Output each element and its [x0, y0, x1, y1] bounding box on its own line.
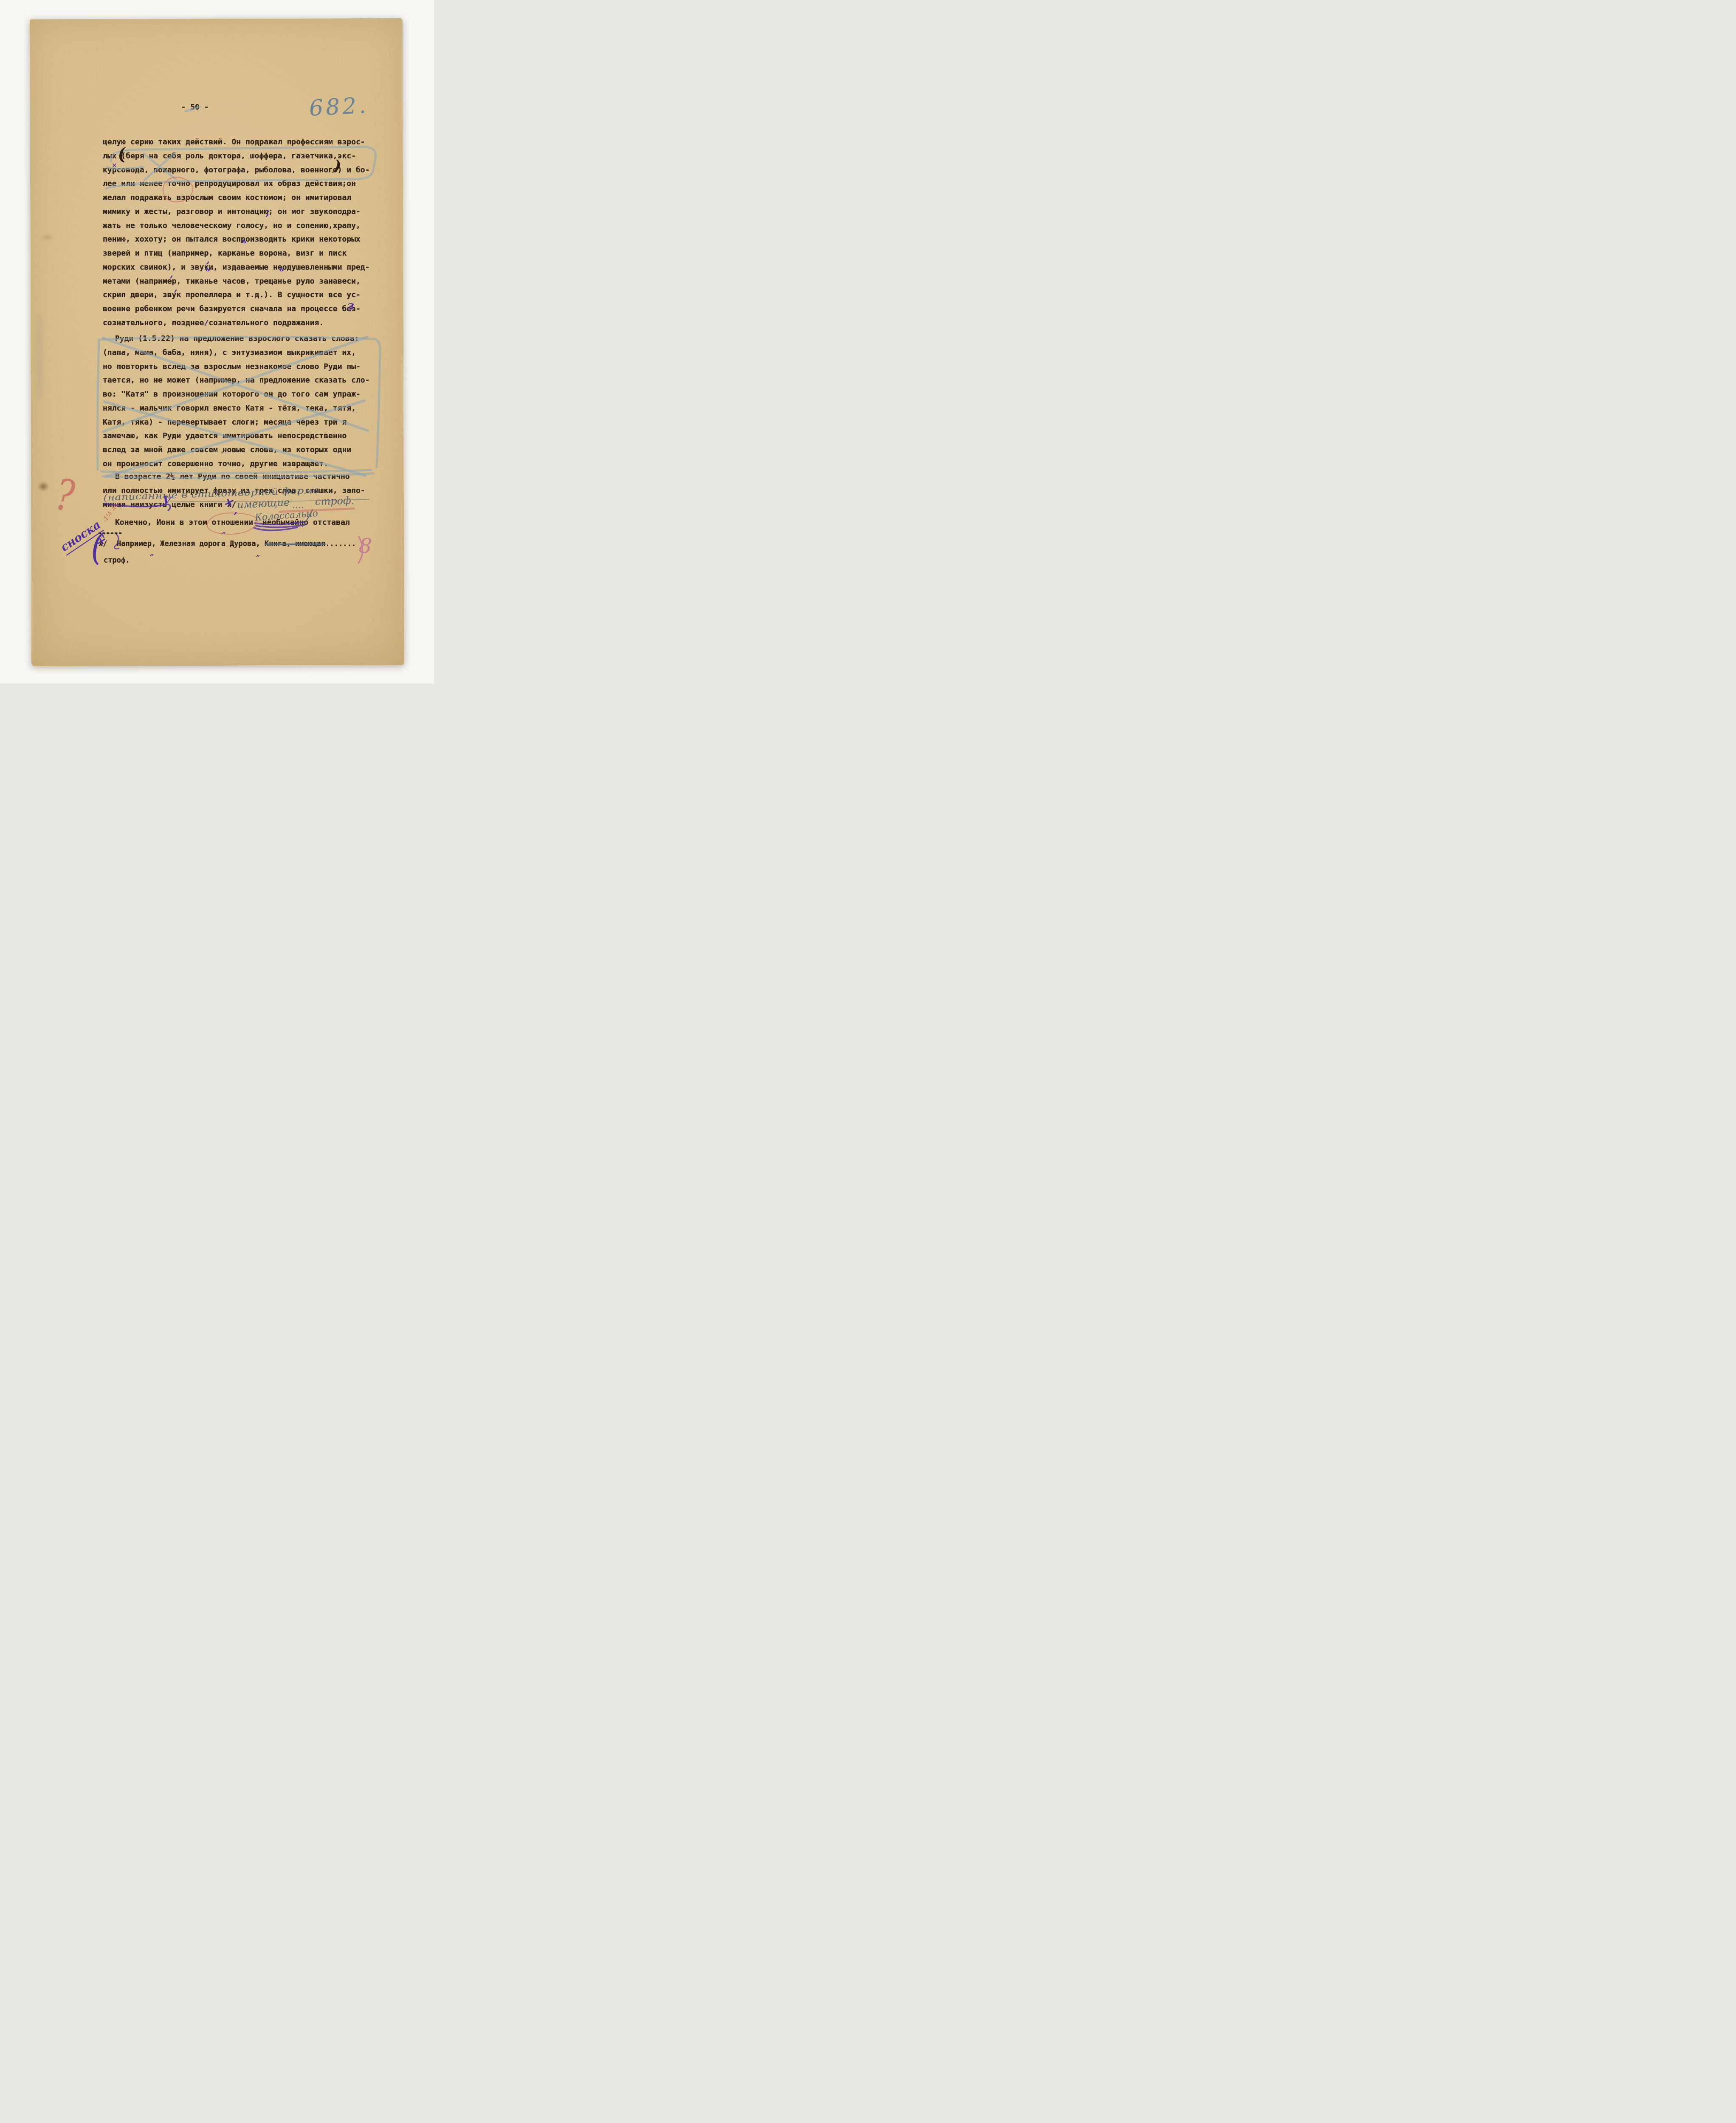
text-segment: сознательного, позднее	[103, 318, 204, 327]
typed-line: тается, но не может (например, на предло…	[103, 373, 370, 387]
purple-quote-up: “	[222, 531, 226, 538]
typed-line: вслед за мной даже совсем новые слова, и…	[103, 443, 351, 457]
text-segment: репродуцировал их образ действия;он	[190, 179, 356, 188]
typed-line: сознательного, позднее/сознательного под…	[103, 316, 324, 330]
typed-line: зверей и птиц (например, карканье ворона…	[103, 246, 347, 260]
page-number-typed: - 50 -	[172, 100, 218, 114]
dotted-fill: .......	[325, 540, 356, 548]
text-segment: Например, Железная дорога Дурова,	[117, 540, 265, 548]
typed-line: морских свинок), и звуки, издаваемые нео…	[103, 260, 370, 274]
typed-line: Катя, тяка) - перевертывает слоги; месяц…	[103, 415, 347, 429]
text-segment: сознательного подражания.	[209, 318, 324, 327]
handwritten-strof: строф.	[315, 494, 355, 507]
text-segment: лее или менее	[103, 179, 167, 188]
typed-line: мимику и жесты, разговор и интонацию; он…	[103, 205, 361, 219]
purple-caret: ×	[112, 161, 117, 169]
typed-line: Руди (1.5.22) на предложение взрослого с…	[103, 332, 359, 346]
typed-line: лых (беря на себя роль доктора, шоффера,…	[103, 149, 356, 163]
purple-quote-low: „	[256, 550, 260, 558]
purple-comma: ,	[234, 505, 237, 516]
typed-line: во: "Катя" в произношении которого он до…	[103, 387, 361, 401]
page-number-handwritten: 682.	[309, 93, 369, 121]
typed-line: целую серию таких действий. Он подражал …	[103, 135, 365, 149]
purple-comma: ,	[206, 254, 210, 266]
typed-line: (папа, мама, баба, няня), с энтузиазмом …	[103, 346, 356, 360]
text-struck-blue: Книга, имеющая	[265, 540, 325, 548]
typed-line: курсовода, пожарного, фотографа, рыболов…	[103, 163, 370, 177]
typed-line: жать не только человеческому голосу, но …	[103, 219, 361, 233]
stain-dark	[37, 481, 49, 492]
typed-line: нялся - мальчик говорил вместо Катя - тё…	[103, 401, 356, 415]
text-segment: отставал	[308, 518, 350, 527]
typed-line: он произносит совершенно точно, другие и…	[103, 457, 328, 471]
footnote-line: Например, Железная дорога Дурова, Книга,…	[117, 538, 356, 550]
typed-line: но повторить вслед за взрослым незнакомо…	[103, 360, 361, 374]
purple-semicolon: ;	[266, 206, 270, 218]
typed-line: В возрасте 2½ лет Руди по своей инициати…	[103, 470, 350, 484]
typed-line: лее или менее точно репродуцировал их об…	[103, 177, 356, 191]
typed-line: замечаю, как Руди удается имитировать не…	[103, 429, 347, 443]
margin-number-pink: 8	[358, 534, 372, 558]
purple-quote-low: „	[150, 549, 154, 557]
purple-comma: ,	[174, 282, 178, 294]
typed-line: воение ребенком речи базируется сначала …	[103, 302, 361, 316]
stain-red	[41, 234, 54, 241]
typed-line: метами (например, тиканье часов, трещань…	[103, 274, 361, 288]
purple-cross-out: ✕	[96, 535, 105, 548]
insert-caret-v: V	[162, 494, 172, 507]
typed-line: желал подражать взрослым своим костюмом;…	[103, 191, 351, 205]
typed-line: пению, хохоту; он пытался воспроизводить…	[103, 232, 361, 246]
footnote-line: строф.	[104, 554, 130, 567]
scanned-photo: - 50 - 682. целую серию таких действий. …	[0, 0, 434, 684]
purple-slash-insert: /	[204, 318, 209, 327]
text-segment: Конечно, Иони в этом	[115, 518, 212, 527]
typed-line: скрип двери, звук пропеллера и т.д.). В …	[103, 288, 361, 302]
purple-letter-ze: з	[347, 299, 354, 313]
ghost-blue-smudge	[36, 315, 43, 400]
purple-comma: ,	[170, 268, 173, 280]
